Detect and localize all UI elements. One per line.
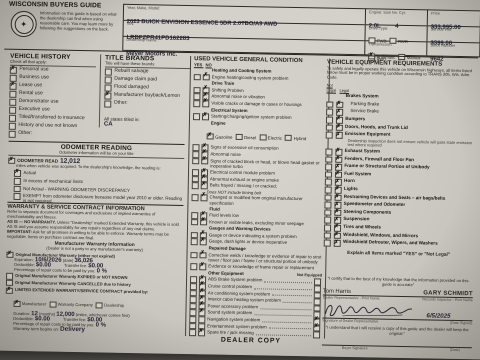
engine-type-option: Diesel [235, 134, 256, 141]
condition-label: Spare tire / jack missing [207, 330, 254, 337]
yes-checkbox [193, 100, 200, 107]
service-fee-value: $399.00 [430, 41, 452, 47]
title-brand-label: Flood damaged [114, 85, 149, 91]
signature-caption: Signature of Dealer Representative [322, 318, 378, 323]
odometer-option-label: In excess of mechanical limits [23, 178, 83, 184]
legal-checkbox [336, 117, 343, 124]
title-brand-checkbox [105, 69, 112, 76]
yes-checkbox [192, 158, 199, 165]
legal-checkbox [335, 156, 342, 163]
title-brand-checkbox [104, 101, 111, 108]
history-label: Rental use [19, 91, 43, 97]
no-checkbox [199, 264, 206, 271]
odometer-section: ODOMETER READING Odometer information wi… [7, 141, 184, 207]
not-equipped-checkbox [313, 332, 320, 339]
not-legal-checkbox [325, 156, 332, 163]
equipment-label: Fenders, Firewall and Floor Pan [344, 155, 414, 163]
title-brands-section: TITLE BRANDS Title will have these brand… [99, 54, 191, 129]
title-brand-label: Manufacturer buyback/Lemon [114, 93, 180, 100]
condition-section: USED VEHICLE GENERAL CONDITION YES NO He… [185, 56, 330, 338]
wisconsin-seal-icon: ✦ [10, 11, 36, 37]
provider-checkbox [49, 301, 56, 308]
not-legal-checkbox [325, 194, 332, 201]
not-legal-checkbox [325, 164, 332, 171]
dotted-leader [283, 298, 312, 303]
yes-checkbox [190, 263, 197, 270]
legal-checkbox [335, 149, 342, 156]
no-checkbox [202, 113, 209, 120]
dotted-leader [254, 311, 311, 317]
not-legal-checkbox [324, 202, 331, 209]
history-label: Business use [19, 75, 49, 81]
history-checkbox [9, 131, 16, 138]
odometer-option-label: Actual [23, 170, 36, 175]
odometer-read-checkbox [8, 157, 15, 164]
not-equipped-header: Not Equipped [297, 272, 322, 278]
condition-list-a: Heating and Cooling System Engine heatin… [193, 67, 326, 129]
engine-type-option: Hybrid [285, 135, 306, 142]
no-checkbox [200, 239, 207, 246]
provider-checkbox [96, 302, 103, 309]
history-checkbox [9, 91, 16, 98]
condition-list-b: Signs of excessive oil consumption Abnor… [189, 144, 324, 338]
no-checkbox [203, 74, 210, 81]
title-brand-label: Other: [114, 101, 128, 107]
engine-type-option: Electric [259, 134, 282, 141]
equipment-label: Fuel System [344, 171, 371, 178]
yes-checkbox [191, 219, 198, 226]
not-legal-checkbox [325, 179, 332, 186]
orig-warranty-checkbox [6, 252, 13, 259]
legal-checkbox [334, 202, 341, 209]
not-legal-checkbox [324, 240, 331, 247]
equipment-label: Doors, Hoods, and Trunk Lid [345, 123, 408, 131]
warranty-p3: Ask for all promises in writing to be ab… [7, 229, 169, 240]
not-legal-col-header: NotLegal [327, 83, 337, 93]
cancelled-checkbox [6, 279, 13, 286]
form-title: WISCONSIN BUYERS GUIDE [9, 1, 119, 10]
yes-checkbox [191, 239, 198, 246]
engine-type-checkbox [285, 135, 292, 142]
condition-label: Cruise control problem [208, 283, 252, 290]
equipment-label: Bumpers [345, 116, 365, 123]
legal-checkbox [333, 232, 340, 239]
equipment-intro: To safely and legally operate this vehic… [327, 66, 477, 83]
odometer-option-checkbox [14, 178, 21, 185]
vehicle-history-list: Personal use Business use Lease use Rent… [9, 67, 96, 139]
equipment-label: Steering Components [343, 209, 391, 216]
no-checkbox [201, 183, 208, 190]
engine-type-options: GasolineDieselElectricHybrid [193, 126, 325, 146]
provider-checkbox [14, 301, 21, 308]
engine-type-checkbox [259, 134, 266, 141]
title-brand-item: Other: [104, 101, 190, 109]
equipment-label: Suspension [343, 216, 369, 223]
odometer-option-checkbox [14, 170, 21, 177]
drive-option-label: RWD [398, 38, 408, 43]
legal-checkbox [335, 171, 342, 178]
history-checkbox [10, 75, 17, 82]
name-right-caption: Records Inspector - Print Name [422, 297, 472, 302]
not-legal-checkbox [324, 209, 331, 216]
yes-checkbox [189, 329, 196, 336]
engine-type-label: Diesel [244, 135, 256, 140]
not-legal-checkbox [325, 171, 332, 178]
drive-option-checkbox [389, 38, 396, 45]
warranty-section: WARRANTY & SERVICE CONTRACT INFORMATION … [5, 202, 183, 335]
vehicle-history-section: VEHICLE HISTORY Check all that apply: Pe… [9, 53, 97, 141]
dotted-leader [272, 291, 312, 297]
no-checkbox [199, 252, 206, 259]
dotted-leader [256, 330, 311, 336]
extended-warranty-checkbox [6, 288, 13, 295]
equipment-list: Brakes System Parking Brake Service Brak… [324, 93, 477, 249]
price-label: Price [431, 11, 477, 16]
explain-instruction: Explain all items marked "YES" or "Not L… [324, 249, 474, 257]
not-legal-checkbox [326, 124, 333, 131]
yes-checkbox [193, 113, 200, 120]
legal-checkbox [335, 124, 342, 131]
not-legal-checkbox [325, 186, 332, 193]
no-checkbox [200, 219, 207, 226]
buyer-signature-caption: Buyer Signature [342, 346, 368, 350]
paper-form: WISCONSIN BUYERS GUIDE ✦ Information on … [0, 0, 480, 360]
history-label: Titled/transferred to insurance [18, 115, 84, 122]
provider-label: Dealership [104, 303, 124, 308]
no-checkbox [201, 194, 208, 201]
condition-label: Power accessory problem [208, 303, 259, 310]
drive-option-label: FWD [377, 38, 387, 43]
equipment-label: Speedometer and Odometer [344, 201, 406, 209]
dotted-leader [254, 284, 312, 290]
dotted-leader [264, 278, 312, 284]
drive-option-checkbox [368, 37, 375, 44]
history-checkbox [9, 107, 16, 114]
not-legal-checkbox [326, 132, 333, 139]
history-label: Demonstrator use [19, 99, 59, 105]
history-checkbox [10, 67, 17, 74]
title-brand-checkbox [104, 85, 111, 92]
history-label: Executive use [19, 107, 50, 113]
not-legal-checkbox [326, 109, 333, 116]
history-label: Personal use [19, 67, 48, 73]
history-checkbox [10, 83, 17, 90]
engine-type-checkbox [235, 134, 242, 141]
equipment-label: Horn [344, 178, 355, 185]
certify-statement: "I certify that to the best of my knowle… [323, 277, 473, 290]
certification-section: "I certify that to the best of my knowle… [322, 277, 473, 352]
yes-checkbox [194, 74, 201, 81]
legal-checkbox [333, 240, 340, 247]
drive-option: FWD [368, 37, 386, 44]
equipment-label: Parking Brake [345, 101, 379, 108]
odometer-option-label: Not Actual - WARNING ODOMETER DISCREPANC… [23, 186, 130, 193]
provider-label: Manufacturer [22, 302, 46, 307]
yes-checkbox [190, 252, 197, 259]
signature-date-caption: (Date Signed) [450, 321, 472, 325]
history-label: Other: [18, 131, 32, 137]
provider-option: Dealership [96, 302, 124, 309]
title-brand-checkbox [104, 93, 111, 100]
printed-name-left: Tom Harris [323, 288, 351, 295]
title-brand-label: Rebuilt salvage [114, 69, 148, 75]
no-checkbox [202, 100, 209, 107]
not-legal-checkbox [324, 224, 331, 231]
not-legal-checkbox [326, 117, 333, 124]
dotted-leader [269, 324, 312, 330]
history-item: Other: [9, 131, 95, 139]
equipment-label: Windshield, Windows, and Mirrors [343, 231, 418, 239]
title-brands-list: Rebuilt salvage Damage claim paid Flood … [104, 69, 191, 109]
engine-type-checkbox [207, 133, 214, 140]
cyl-label: No. Cyl. [392, 10, 406, 15]
yes-checkbox [192, 182, 199, 189]
drive-option: RWD [389, 38, 408, 45]
legal-checkbox [334, 209, 341, 216]
yes-col-header: YES [194, 62, 202, 67]
engine-type-label: Electric [268, 135, 282, 140]
legal-checkbox [335, 132, 342, 139]
begins-label: Warranty term begins on: [13, 326, 59, 332]
not-legal-checkbox [324, 217, 331, 224]
history-label: History and use not known [18, 123, 77, 130]
equipment-label: Windshield Defroster, Wipers, and Washer… [343, 239, 438, 247]
equipment-row: Windshield Defroster, Wipers, and Washer… [324, 239, 474, 249]
form-masthead: WISCONSIN BUYERS GUIDE ✦ Information on … [8, 1, 119, 39]
ymm-label: Year, Make, Model: [127, 6, 363, 15]
dotted-leader [262, 317, 311, 323]
history-label: Lease use [19, 83, 42, 89]
odometer-option-checkbox [14, 185, 21, 192]
title-brand-label: Damage claim paid [114, 77, 157, 83]
engine-type-label: Hybrid [294, 136, 307, 141]
vin-value: LRBFZPR41PD162283 [126, 35, 189, 42]
not-legal-checkbox [326, 101, 333, 108]
ext-pct-value: 0 % [96, 323, 106, 329]
name-left-caption: Dealer Representative - Print Name [323, 295, 380, 300]
printed-name-right: GARY SCHMIDT [423, 290, 473, 297]
equipment-label: Exhaust System [345, 148, 381, 155]
vehicle-info-grid: Year, Make, Model: 2023 BUICK ENVISION E… [122, 4, 367, 55]
no-col-header: NO [206, 62, 212, 67]
legal-checkbox [335, 164, 342, 171]
yes-checkbox [192, 194, 199, 201]
equipment-label: Brakes System [346, 93, 379, 100]
service-fee-label: Service Fee [431, 27, 477, 32]
legal-checkbox [334, 187, 341, 194]
legal-checkbox [334, 225, 341, 232]
handwritten-signature [322, 301, 422, 319]
equipment-label: Service Brake [345, 108, 379, 115]
provider-label: Warranty Company [58, 302, 93, 308]
titled-in-value: CA [104, 122, 190, 130]
photo-of-buyers-guide-form: WISCONSIN BUYERS GUIDE ✦ Information on … [0, 0, 480, 360]
condition-label: Sound system problem [207, 310, 252, 317]
provider-option: Manufacturer [14, 301, 47, 308]
no-checkbox [201, 158, 208, 165]
engine-drive-grid: Engine: Size No. Cyl. 2.0L 4 Drive Type:… [364, 8, 429, 56]
legal-checkbox [334, 194, 341, 201]
engine-label: Engine: Size [369, 9, 391, 14]
history-checkbox [9, 99, 16, 106]
dealer-copy-label: DEALER COPY [185, 336, 317, 345]
dotted-leader [260, 304, 312, 310]
price-grid: Price $33,995.00 Service Fee $399.00 Sto… [426, 9, 480, 57]
equipment-section: VEHICLE EQUIPMENT REQUIREMENTS To safely… [324, 59, 478, 257]
signature-date: 6/5/2025 [426, 312, 450, 319]
equipment-label: Tires and Wheels [343, 224, 381, 231]
equipment-label: Lights [344, 186, 358, 193]
buyer-date-caption: (Date) [450, 347, 460, 351]
not-legal-checkbox [324, 232, 331, 239]
history-checkbox [9, 115, 16, 122]
title-brand-checkbox [105, 77, 112, 84]
not-legal-checkbox [325, 149, 332, 156]
legal-checkbox [334, 217, 341, 224]
provider-option: Warranty Company [49, 301, 93, 308]
history-checkbox [9, 123, 16, 130]
no-checkbox [198, 329, 205, 336]
legal-checkbox [336, 102, 343, 109]
odometer-options-list: Actual In excess of mechanical limits No… [7, 170, 184, 206]
odometer-option-checkbox [13, 193, 20, 200]
begins-value: Delivery [60, 326, 85, 333]
engine-type-label: Gasoline [215, 134, 232, 139]
engine-type-option: Gasoline [207, 133, 233, 140]
